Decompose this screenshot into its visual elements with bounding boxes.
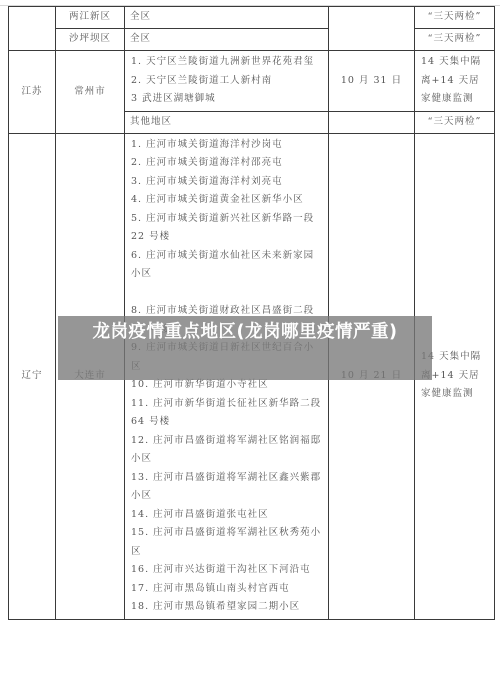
date-cell bbox=[329, 7, 415, 51]
province-cell: 江苏 bbox=[9, 51, 56, 134]
table-row: 沙坪坝区 全区 “三天两检” bbox=[9, 29, 495, 51]
area-item: 16. 庄河市兴达街道干沟社区下河沿屯 bbox=[131, 561, 322, 580]
city-cell: 常州市 bbox=[56, 51, 125, 134]
area-item: 4. 庄河市城关街道黄金社区新华小区 bbox=[131, 191, 322, 210]
measure-cell: “三天两检” bbox=[415, 29, 495, 51]
area-item: 17. 庄河市黑岛镇山南头村宫西屯 bbox=[131, 580, 322, 599]
area-item: 18. 庄河市黑岛镇希望家园二期小区 bbox=[131, 598, 322, 617]
area-item: 15. 庄河市昌盛街道将军湖社区秋秀苑小区 bbox=[131, 524, 322, 561]
area-cell: 其他地区 bbox=[125, 111, 329, 133]
area-item: 3. 庄河市城关街道海洋村刘亮屯 bbox=[131, 173, 322, 192]
district-cell: 两江新区 bbox=[56, 7, 125, 29]
measure-cell: “三天两检” bbox=[415, 7, 495, 29]
risk-area-table: 两江新区 全区 “三天两检” 沙坪坝区 全区 “三天两检” 江苏 常州市 1. … bbox=[8, 6, 495, 620]
district-cell: 沙坪坝区 bbox=[56, 29, 125, 51]
date-cell bbox=[329, 111, 415, 133]
area-cell: 全区 bbox=[125, 7, 329, 29]
province-cell bbox=[9, 7, 56, 51]
area-item: 5. 庄河市城关街道新兴社区新华路一段 22 号楼 bbox=[131, 210, 322, 247]
area-item: 2. 天宁区兰陵街道工人新村南 bbox=[131, 72, 322, 91]
area-item: 12. 庄河市昌盛街道将军湖社区铭润福邸小区 bbox=[131, 432, 322, 469]
area-item: 1. 天宁区兰陵街道九洲新世界花苑君玺 bbox=[131, 53, 322, 72]
province-cell: 辽宁 bbox=[9, 133, 56, 619]
measure-cell: 14 天集中隔离+14 天居家健康监测 bbox=[415, 51, 495, 112]
area-item: 1. 庄河市城关街道海洋村沙岗屯 bbox=[131, 136, 322, 155]
area-list-cell: 1. 天宁区兰陵街道九洲新世界花苑君玺 2. 天宁区兰陵街道工人新村南 3 武进… bbox=[125, 51, 329, 112]
title-banner: 龙岗疫情重点地区(龙岗哪里疫情严重) bbox=[58, 316, 432, 380]
banner-title: 龙岗疫情重点地区(龙岗哪里疫情严重) bbox=[58, 320, 432, 344]
area-item: 11. 庄河市新华街道长征社区新华路二段 64 号楼 bbox=[131, 395, 322, 432]
area-item: 2. 庄河市城关街道海洋村邵亮屯 bbox=[131, 154, 322, 173]
measure-cell: “三天两检” bbox=[415, 111, 495, 133]
area-item: 6. 庄河市城关街道水仙社区未来新家园小区 bbox=[131, 247, 322, 284]
area-cell: 全区 bbox=[125, 29, 329, 51]
area-item: 14. 庄河市昌盛街道张屯社区 bbox=[131, 506, 322, 525]
area-item: 13. 庄河市昌盛街道将军湖社区鑫兴紫郡小区 bbox=[131, 469, 322, 506]
area-item-hidden bbox=[131, 284, 322, 303]
area-item: 3 武进区湖塘御城 bbox=[131, 90, 322, 109]
date-cell: 10 月 31 日 bbox=[329, 51, 415, 112]
table-row: 两江新区 全区 “三天两检” bbox=[9, 7, 495, 29]
table-row: 江苏 常州市 1. 天宁区兰陵街道九洲新世界花苑君玺 2. 天宁区兰陵街道工人新… bbox=[9, 51, 495, 112]
